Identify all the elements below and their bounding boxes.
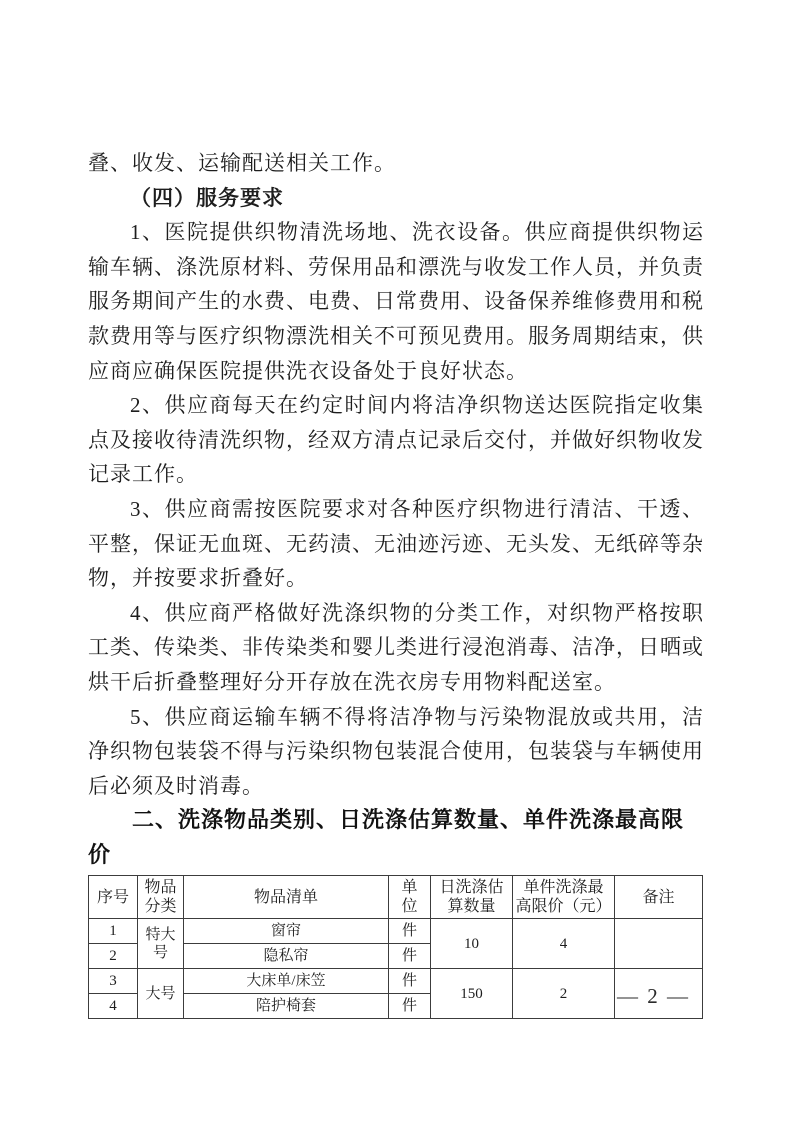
table-section-heading: 二、洗涤物品类别、日洗涤估算数量、单件洗涤最高限价 <box>88 803 704 872</box>
cell-category-large: 大号 <box>138 969 184 1019</box>
paragraph-item-3: 3、供应商需按医院要求对各种医疗织物进行清洁、干透、平整，保证无血斑、无药渍、无… <box>88 492 704 596</box>
cell-remarks <box>615 919 703 969</box>
cell-item: 窗帘 <box>184 919 389 944</box>
cell-max-price: 2 <box>513 969 615 1019</box>
page-number: — 2 — <box>617 984 690 1009</box>
cell-serial: 4 <box>89 994 138 1019</box>
cell-max-price: 4 <box>513 919 615 969</box>
section-heading-service-requirements: （四）服务要求 <box>88 181 704 216</box>
cell-category-xl: 特大 号 <box>138 919 184 969</box>
body-text: 叠、收发、运输配送相关工作。 （四）服务要求 1、医院提供织物清洗场地、洗衣设备… <box>88 146 704 1019</box>
col-header-max-price: 单件洗涤最 高限价（元） <box>513 876 615 919</box>
col-header-remarks: 备注 <box>615 876 703 919</box>
table-row-3: 3 大号 大床单/床笠 件 150 2 <box>89 969 703 994</box>
col-header-item-list: 物品清单 <box>184 876 389 919</box>
cell-daily-estimate: 150 <box>431 969 513 1019</box>
table-row-1: 1 特大 号 窗帘 件 10 4 <box>89 919 703 944</box>
col-header-unit: 单 位 <box>389 876 431 919</box>
cell-unit: 件 <box>389 944 431 969</box>
cell-item: 大床单/床笠 <box>184 969 389 994</box>
cell-serial: 2 <box>89 944 138 969</box>
document-page: 叠、收发、运输配送相关工作。 （四）服务要求 1、医院提供织物清洗场地、洗衣设备… <box>0 0 794 1123</box>
cell-unit: 件 <box>389 994 431 1019</box>
wash-items-table: 序号 物品 分类 物品清单 单 位 日洗涤估 算数量 单件洗涤最 高限价（元） … <box>88 875 703 1019</box>
cell-unit: 件 <box>389 969 431 994</box>
cell-daily-estimate: 10 <box>431 919 513 969</box>
paragraph-item-2: 2、供应商每天在约定时间内将洁净织物送达医院指定收集点及接收待清洗织物，经双方清… <box>88 388 704 492</box>
paragraph-item-5: 5、供应商运输车辆不得将洁净物与污染物混放或共用，洁净织物包装袋不得与污染织物包… <box>88 700 704 804</box>
cell-serial: 3 <box>89 969 138 994</box>
col-header-category: 物品 分类 <box>138 876 184 919</box>
col-header-serial: 序号 <box>89 876 138 919</box>
table-header-row: 序号 物品 分类 物品清单 单 位 日洗涤估 算数量 单件洗涤最 高限价（元） … <box>89 876 703 919</box>
paragraph-item-4: 4、供应商严格做好洗涤织物的分类工作，对织物严格按职工类、传染类、非传染类和婴儿… <box>88 596 704 700</box>
cell-item: 陪护椅套 <box>184 994 389 1019</box>
col-header-daily-estimate: 日洗涤估 算数量 <box>431 876 513 919</box>
cell-serial: 1 <box>89 919 138 944</box>
paragraph-item-1: 1、医院提供织物清洗场地、洗衣设备。供应商提供织物运输车辆、涤洗原材料、劳保用品… <box>88 215 704 388</box>
cell-item: 隐私帘 <box>184 944 389 969</box>
paragraph-continuation: 叠、收发、运输配送相关工作。 <box>88 146 704 181</box>
cell-unit: 件 <box>389 919 431 944</box>
